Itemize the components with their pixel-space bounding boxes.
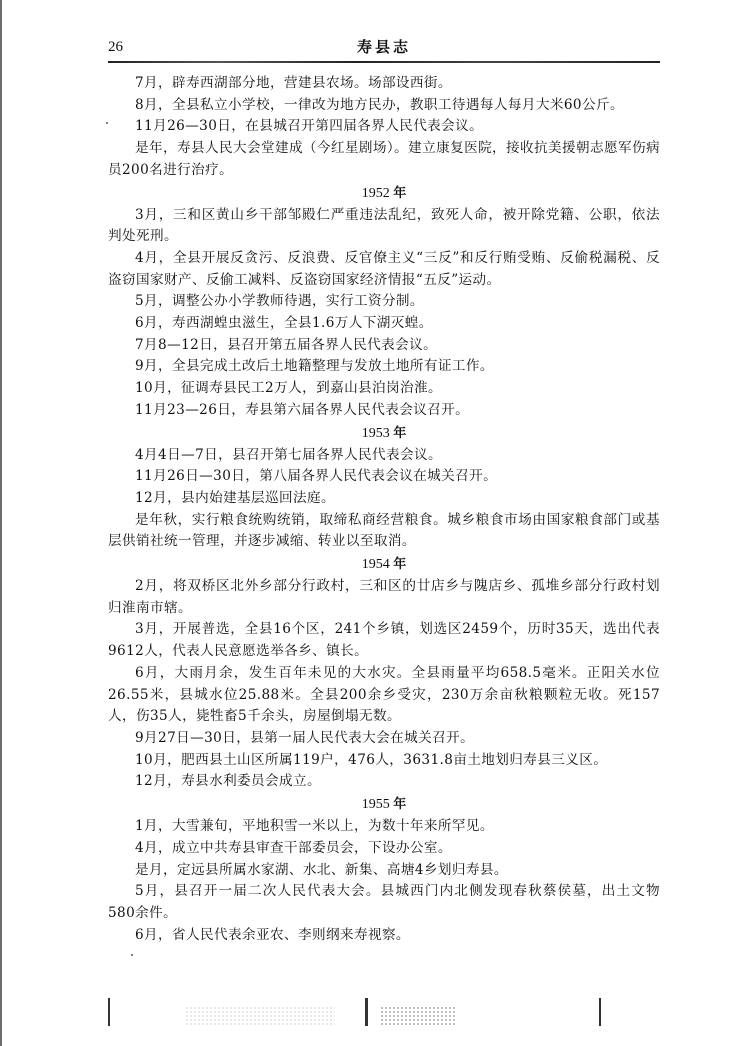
entry: 4月，成立中共寿县审查干部委员会，下设办公室。 [108,838,660,860]
scan-noise [380,1006,455,1026]
entry: 4月，全县开展反贪污、反浪费、反官僚主义“三反”和反行贿受贿、反偷税漏税、反盗窃… [108,248,660,291]
entry: 6月，省人民代表余亚农、李则纲来寿视察。 [108,925,660,947]
entry: 10月，征调寿县民工2万人，到嘉山县泊岗治淮。 [108,378,660,400]
entry: 是年，寿县人民大会堂建成（今红星剧场）。建立康复医院，接收抗美援朝志愿军伤病员2… [108,138,660,181]
entry: 9月27日—30日，县第一届人民代表大会在城关召开。 [108,728,660,750]
entry: 5月，调整公办小学教师待遇，实行工资分制。 [108,291,660,313]
entry: 是月，定远县所属水家湖、水北、新集、高塘4乡划归寿县。 [108,860,660,882]
entry: 8月，全县私立小学校，一律改为地方民办，教职工待遇每人每月大米60公斤。 [108,95,660,117]
scan-bottom-artifacts [0,998,747,1032]
section-continued: 7月，辟寿西湖部分地，营建县农场。场部设西街。 8月，全县私立小学校，一律改为地… [108,73,660,182]
year-suffix: 年 [393,426,406,441]
section-1955: 1955 年 1月，大雪兼旬，平地积雪一米以上，为数十年来所罕见。 4月，成立中… [108,793,660,946]
entry: 11月26日—30日，第八届各界人民代表会议在城关召开。 [108,466,660,488]
year-heading: 1952 年 [108,182,660,205]
entry: 10月，肥西县土山区所属119户，476人，3631.8亩土地划归寿县三义区。 [108,750,660,772]
year-number: 1953 [362,426,390,441]
entry: 12月，县内始建基层巡回法庭。 [108,488,660,510]
entry: 1月，大雪兼旬，平地积雪一米以上，为数十年来所罕见。 [108,816,660,838]
entry: 2月，将双桥区北外乡部分行政村，三和区的廿店乡与隗店乡、孤堆乡部分行政村划归淮南… [108,576,660,619]
year-number: 1955 [362,797,390,812]
entry: 12月，寿县水利委员会成立。 [108,771,660,793]
scan-noise [185,1006,335,1026]
entry: 11月26—30日，在县城召开第四届各界人民代表会议。 [108,116,660,138]
entry: 3月，三和区黄山乡干部邹殿仁严重违法乱纪，致死人命，被开除党籍、公职，依法判处死… [108,205,660,248]
entry: 是年秋，实行粮食统购统销，取缔私商经营粮食。城乡粮食市场由国家粮食部门或基层供销… [108,510,660,553]
entry: 9月，全县完成土改后土地籍整理与发放土地所有证工作。 [108,356,660,378]
scan-bar-middle [365,998,368,1026]
entry: 6月，大雨月余，发生百年未见的大水灾。全县雨量平均658.5毫米。正阳关水位26… [108,663,660,728]
year-number: 1954 [362,557,390,572]
scan-edge-shadow [0,0,2,1046]
section-1954: 1954 年 2月，将双桥区北外乡部分行政村，三和区的廿店乡与隗店乡、孤堆乡部分… [108,553,660,793]
running-head: 26 寿县志 [108,38,660,60]
entry: 6月，寿西湖蝗虫滋生，全县1.6万人下湖灭蝗。 [108,313,660,335]
entry: 11月23—26日，寿县第六届各界人民代表会议召开。 [108,400,660,422]
year-suffix: 年 [393,186,406,201]
year-heading: 1954 年 [108,553,660,576]
scan-bar-right [599,998,601,1026]
chronicle-body: 7月，辟寿西湖部分地，营建县农场。场部设西街。 8月，全县私立小学校，一律改为地… [108,73,660,946]
book-title: 寿县志 [108,38,660,56]
entry: 7月，辟寿西湖部分地，营建县农场。场部设西街。 [108,73,660,95]
section-1953: 1953 年 4月4日—7日，县召开第七届各界人民代表会议。 11月26日—30… [108,422,660,554]
speck [131,954,133,956]
year-suffix: 年 [393,557,406,572]
year-heading: 1955 年 [108,793,660,816]
section-1952: 1952 年 3月，三和区黄山乡干部邹殿仁严重违法乱纪，致死人命，被开除党籍、公… [108,182,660,422]
year-number: 1952 [362,186,390,201]
entry: 4月4日—7日，县召开第七届各界人民代表会议。 [108,445,660,467]
year-suffix: 年 [393,797,406,812]
year-heading: 1953 年 [108,422,660,445]
entry: 7月8—12日，县召开第五届各界人民代表会议。 [108,335,660,357]
entry: 5月，县召开一届二次人民代表大会。县城西门内北侧发现春秋蔡侯墓，出土文物580余… [108,881,660,924]
scan-bar-left [108,998,110,1026]
entry: 3月，开展普选，全县16个区，241个乡镇，划选区2459个，历时35天，选出代… [108,619,660,662]
header-rule [108,61,660,63]
